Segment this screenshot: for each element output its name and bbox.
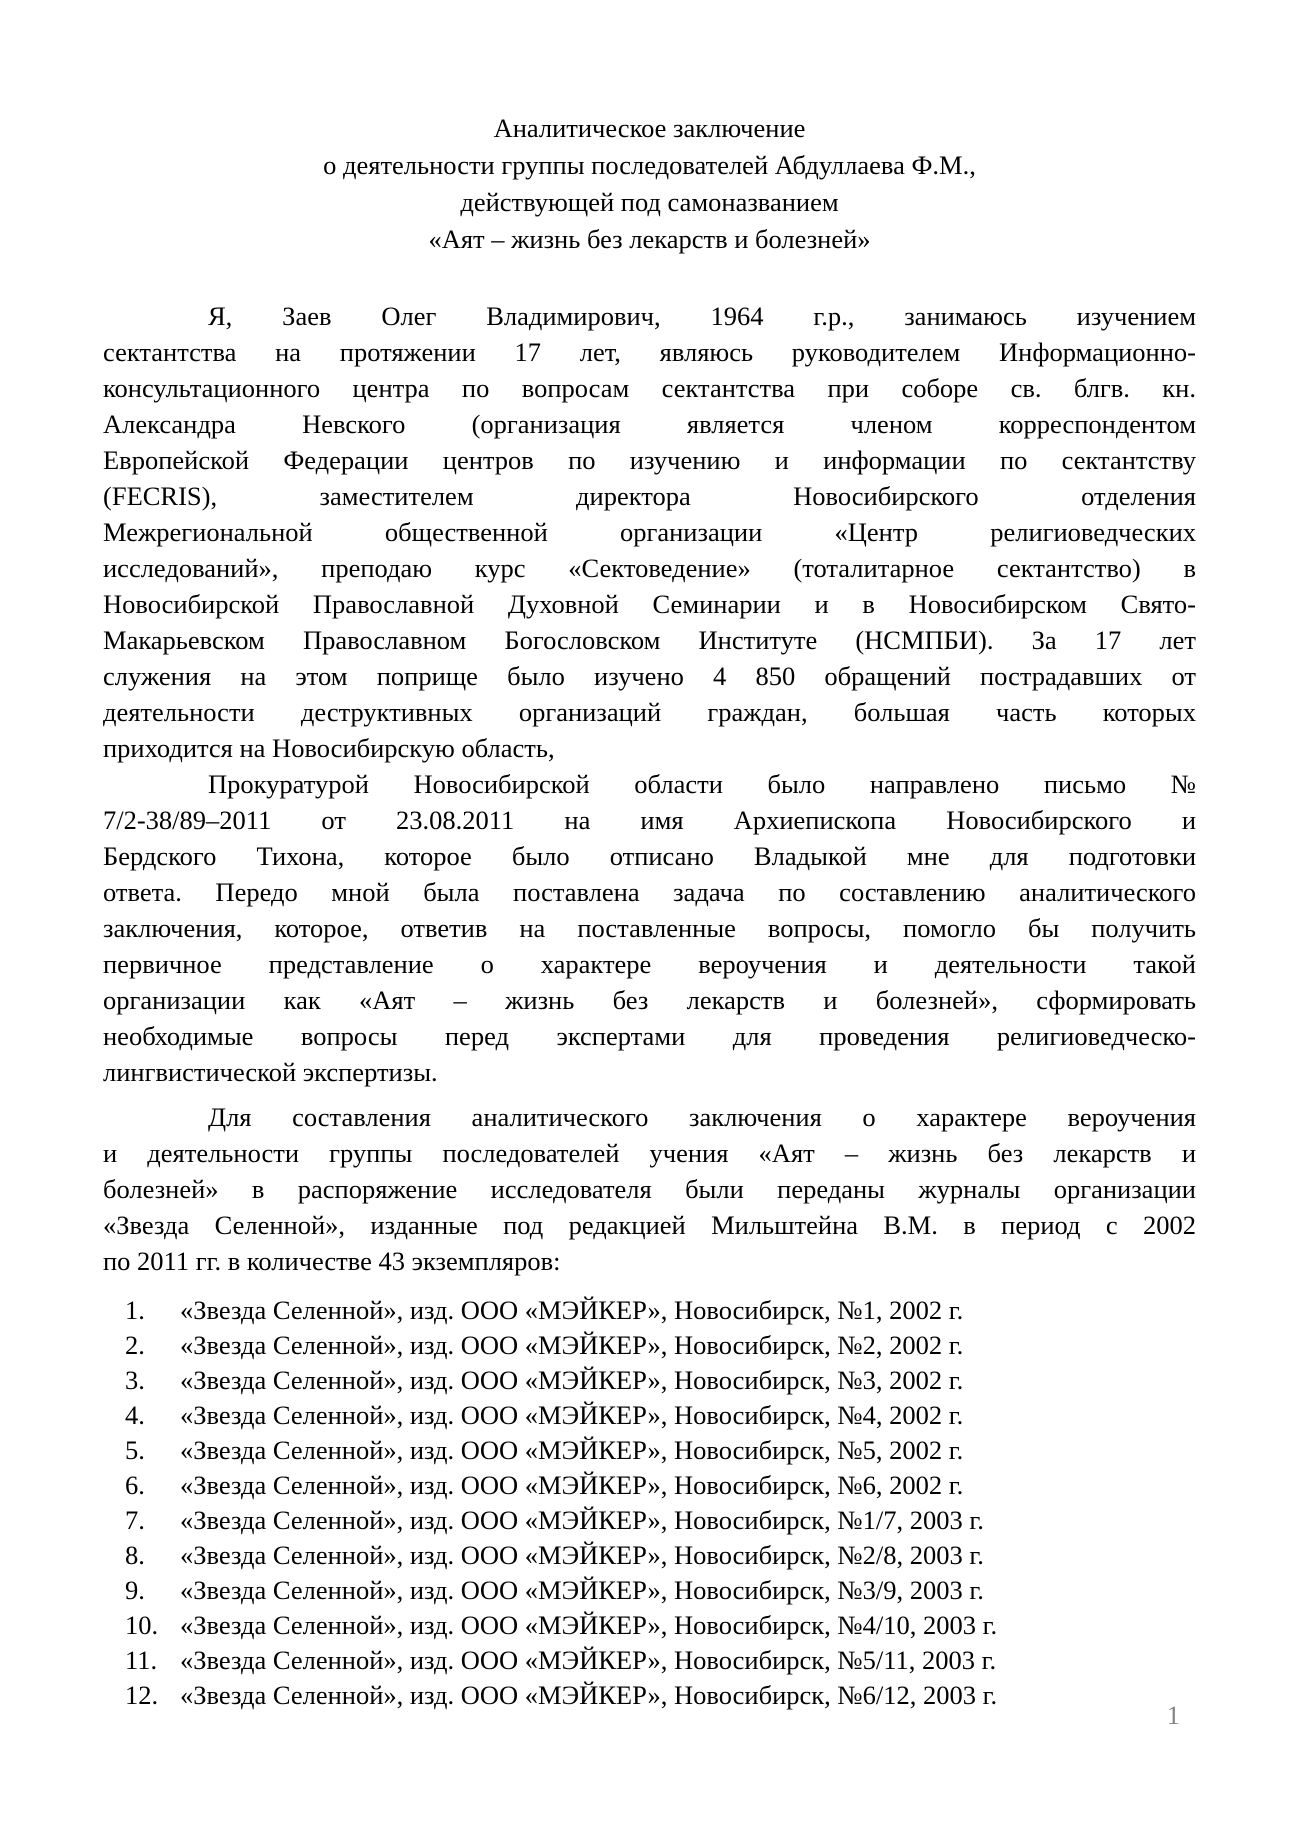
list-item: 11.«Звезда Селенной», изд. ООО «МЭЙКЕР»,…	[103, 1643, 1196, 1678]
list-item-text: «Звезда Селенной», изд. ООО «МЭЙКЕР», Но…	[180, 1398, 1196, 1433]
list-item-number: 7.	[103, 1503, 180, 1538]
text-line: Межрегиональной общественной организации…	[103, 514, 1196, 550]
text-line: (FECRIS), заместителем директора Новосиб…	[103, 478, 1196, 514]
text-line: ответа. Передо мной была поставлена зада…	[103, 874, 1196, 910]
text-line: необходимые вопросы перед экспертами для…	[103, 1018, 1196, 1054]
text-line: сектантства на протяжении 17 лет, являюс…	[103, 334, 1196, 370]
list-item-number: 4.	[103, 1398, 180, 1433]
text-line: Европейской Федерации центров по изучени…	[103, 442, 1196, 478]
title-line: Аналитическое заключение	[103, 110, 1196, 147]
list-item-text: «Звезда Селенной», изд. ООО «МЭЙКЕР», Но…	[180, 1678, 1196, 1713]
text-line: 7/2-38/89–2011 от 23.08.2011 на имя Архи…	[103, 802, 1196, 838]
text-line: заключения, которое, ответив на поставле…	[103, 910, 1196, 946]
text-line: приходится на Новосибирскую область,	[103, 730, 1196, 766]
page-number: 1	[1167, 1697, 1180, 1733]
list-item-text: «Звезда Селенной», изд. ООО «МЭЙКЕР», Но…	[180, 1573, 1196, 1608]
paragraph: Для составления аналитического заключени…	[103, 1099, 1196, 1279]
list-item-number: 1.	[103, 1293, 180, 1328]
list-item-text: «Звезда Селенной», изд. ООО «МЭЙКЕР», Но…	[180, 1293, 1196, 1328]
list-item: 9.«Звезда Селенной», изд. ООО «МЭЙКЕР», …	[103, 1573, 1196, 1608]
text-line: Новосибирской Православной Духовной Семи…	[103, 586, 1196, 622]
title-line: о деятельности группы последователей Абд…	[103, 147, 1196, 184]
list-item-number: 2.	[103, 1328, 180, 1363]
text-line: организации как «Аят – жизнь без лекарст…	[103, 982, 1196, 1018]
list-item-text: «Звезда Селенной», изд. ООО «МЭЙКЕР», Но…	[180, 1503, 1196, 1538]
text-line: «Звезда Селенной», изданные под редакцие…	[103, 1207, 1196, 1243]
list-item-text: «Звезда Селенной», изд. ООО «МЭЙКЕР», Но…	[180, 1608, 1196, 1643]
text-line: исследований», преподаю курс «Сектоведен…	[103, 550, 1196, 586]
paragraph: Я, Заев Олег Владимирович, 1964 г.р., за…	[103, 298, 1196, 766]
paragraph: Прокуратурой Новосибирской области было …	[103, 766, 1196, 1090]
list-item: 10.«Звезда Селенной», изд. ООО «МЭЙКЕР»,…	[103, 1608, 1196, 1643]
list-item-number: 11.	[103, 1643, 180, 1678]
list-item-number: 3.	[103, 1363, 180, 1398]
text-line: Макарьевском Православном Богословском И…	[103, 622, 1196, 658]
list-item: 1.«Звезда Селенной», изд. ООО «МЭЙКЕР», …	[103, 1293, 1196, 1328]
text-line: деятельности деструктивных организаций г…	[103, 694, 1196, 730]
title-line: «Аят – жизнь без лекарств и болезней»	[103, 221, 1196, 258]
journal-list: 1.«Звезда Селенной», изд. ООО «МЭЙКЕР», …	[103, 1293, 1196, 1713]
list-item: 3.«Звезда Селенной», изд. ООО «МЭЙКЕР», …	[103, 1363, 1196, 1398]
list-item: 7.«Звезда Селенной», изд. ООО «МЭЙКЕР», …	[103, 1503, 1196, 1538]
list-item-number: 12.	[103, 1678, 180, 1713]
text-line: и деятельности группы последователей уче…	[103, 1135, 1196, 1171]
list-item: 5.«Звезда Селенной», изд. ООО «МЭЙКЕР», …	[103, 1433, 1196, 1468]
list-item-text: «Звезда Селенной», изд. ООО «МЭЙКЕР», Но…	[180, 1328, 1196, 1363]
document-title: Аналитическое заключение о деятельности …	[103, 110, 1196, 258]
list-item-text: «Звезда Селенной», изд. ООО «МЭЙКЕР», Но…	[180, 1468, 1196, 1503]
text-line: Бердского Тихона, которое было отписано …	[103, 838, 1196, 874]
list-item-text: «Звезда Селенной», изд. ООО «МЭЙКЕР», Но…	[180, 1643, 1196, 1678]
list-item-text: «Звезда Селенной», изд. ООО «МЭЙКЕР», Но…	[180, 1433, 1196, 1468]
text-line: служения на этом поприще было изучено 4 …	[103, 658, 1196, 694]
document-page: { "page_number": "1", "title_lines": [ "…	[0, 0, 1299, 1843]
text-line: лингвистической экспертизы.	[103, 1054, 1196, 1090]
text-line: первичное представление о характере веро…	[103, 946, 1196, 982]
text-line: болезней» в распоряжение исследователя б…	[103, 1171, 1196, 1207]
list-item-text: «Звезда Селенной», изд. ООО «МЭЙКЕР», Но…	[180, 1538, 1196, 1573]
list-item-number: 10.	[103, 1608, 180, 1643]
list-item-number: 5.	[103, 1433, 180, 1468]
text-line: по 2011 гг. в количестве 43 экземпляров:	[103, 1243, 1196, 1279]
list-item: 2.«Звезда Селенной», изд. ООО «МЭЙКЕР», …	[103, 1328, 1196, 1363]
text-line: Для составления аналитического заключени…	[103, 1099, 1196, 1135]
list-item-text: «Звезда Селенной», изд. ООО «МЭЙКЕР», Но…	[180, 1363, 1196, 1398]
list-item: 12.«Звезда Селенной», изд. ООО «МЭЙКЕР»,…	[103, 1678, 1196, 1713]
list-item: 4.«Звезда Селенной», изд. ООО «МЭЙКЕР», …	[103, 1398, 1196, 1433]
page-content: Аналитическое заключение о деятельности …	[103, 110, 1196, 1713]
text-line: Прокуратурой Новосибирской области было …	[103, 766, 1196, 802]
list-item-number: 8.	[103, 1538, 180, 1573]
list-item-number: 9.	[103, 1573, 180, 1608]
text-line: Александра Невского (организация являетс…	[103, 406, 1196, 442]
text-line: Я, Заев Олег Владимирович, 1964 г.р., за…	[103, 298, 1196, 334]
list-item: 6.«Звезда Селенной», изд. ООО «МЭЙКЕР», …	[103, 1468, 1196, 1503]
paragraphs: Я, Заев Олег Владимирович, 1964 г.р., за…	[103, 298, 1196, 1279]
list-item-number: 6.	[103, 1468, 180, 1503]
title-line: действующей под самоназванием	[103, 184, 1196, 221]
text-line: консультационного центра по вопросам сек…	[103, 370, 1196, 406]
list-item: 8.«Звезда Селенной», изд. ООО «МЭЙКЕР», …	[103, 1538, 1196, 1573]
